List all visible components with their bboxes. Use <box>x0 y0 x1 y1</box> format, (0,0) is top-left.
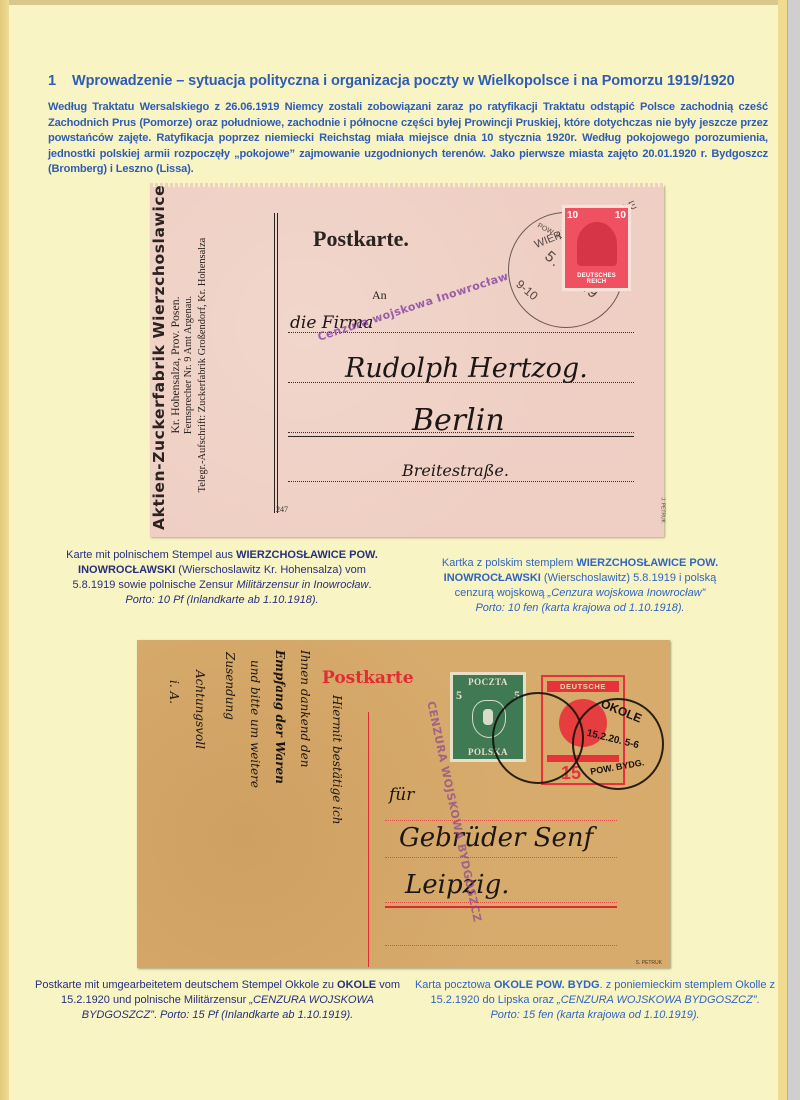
caption-1-german: Karte mit polnischem Stempel aus WIERZCH… <box>62 548 382 608</box>
page-left-edge <box>0 0 9 1100</box>
message-line: Ihnen dankend den <box>298 650 312 768</box>
stamp-value-left: 5 <box>456 688 462 703</box>
caption-porto: Porto: 15 fen (karta krajowa od 1.10.191… <box>490 1009 699 1021</box>
address-line <box>385 945 617 946</box>
postcard-okole: Postkarte i. A. Achtungsvoll Zusendung u… <box>137 640 670 968</box>
form-number: 247 <box>276 505 288 514</box>
section-heading: 1Wprowadzenie – sytuacja polityczna i or… <box>48 73 735 89</box>
postmark-date: 15.2.20. 5-6 <box>585 728 639 752</box>
address-recipient-name: Gebrüder Senf <box>399 823 593 853</box>
sender-company: Aktien-Zuckerfabrik Wierzchoslawice <box>150 200 168 530</box>
printer-imprint: S. PETRUK <box>636 960 662 966</box>
address-recipient-name: Rudolph Hertzog. <box>345 353 588 384</box>
sender-line-2: Fernsprecher Nr. 9 Amt Argenau. <box>182 200 196 530</box>
stamp-germania-10pf: 10 10 DEUTSCHES REICH <box>562 205 631 291</box>
caption-2-german: Postkarte mit umgearbeitetem deutschem S… <box>30 978 405 1023</box>
stamp-value-left: 10 <box>567 210 578 221</box>
section-number: 1 <box>48 73 72 89</box>
caption-porto: Porto: 15 Pf (Inlandkarte ab 1.10.1919). <box>160 1009 353 1021</box>
caption-highlight: OKOLE <box>337 979 376 991</box>
message-line: Empfang der Waren <box>273 650 287 784</box>
caption-porto: Porto: 10 fen (karta krajowa od 1.10.191… <box>475 602 684 614</box>
page-right-edge <box>778 0 788 1100</box>
stamp-value-right: 10 <box>615 210 626 221</box>
postcard-wierzchoslawice: Aktien-Zuckerfabrik Wierzchoslawice Kr. … <box>150 185 664 537</box>
postmark-okole-1 <box>492 692 584 784</box>
sender-imprint: Aktien-Zuckerfabrik Wierzchoslawice Kr. … <box>150 200 250 530</box>
postmark-okole-2: OKOLE 15.2.20. 5-6 POW. BYDG. <box>572 698 664 790</box>
address-city: Leipzig. <box>405 870 510 900</box>
address-line <box>385 820 617 821</box>
postmark-time: 9-10 <box>513 277 540 303</box>
sender-line-1: Kr. Hohensalza, Prov. Posen. <box>168 200 182 530</box>
sender-line-3: Telegr.-Aufschrift: Zuckerfabrik Großend… <box>196 200 210 530</box>
postcard-title: Postkarte. <box>313 226 409 252</box>
postmark-district: POW. BYDG. <box>590 757 645 776</box>
postcard-title: Postkarte <box>322 668 414 688</box>
message-line: i. A. <box>167 680 181 704</box>
perforated-edge <box>150 183 664 187</box>
address-underline <box>385 906 617 908</box>
message-line: Hiermit bestätige ich <box>330 695 344 824</box>
stamp-country: DEUTSCHES REICH <box>567 273 626 285</box>
postmark-town: OKOLE <box>599 697 644 726</box>
section-title: Wprowadzenie – sytuacja polityczna i org… <box>72 73 735 89</box>
message-line: Achtungsvoll <box>193 670 207 749</box>
address-street: Breitestraße. <box>402 461 509 480</box>
stamp-top-text: POCZTA <box>453 677 523 687</box>
intro-paragraph: Według Traktatu Wersalskiego z 26.06.191… <box>48 100 768 178</box>
divider-double-rule <box>274 213 278 513</box>
printer-imprint: J. PETRUK <box>660 497 666 523</box>
address-line <box>385 857 617 858</box>
message-line: und bitte um weitere <box>248 660 262 788</box>
caption-1-polish: Kartka z polskim stemplem WIERZCHOSŁAWIC… <box>430 556 730 616</box>
indicium-country: DEUTSCHE <box>547 681 619 692</box>
album-page: 1Wprowadzenie – sytuacja polityczna i or… <box>0 0 787 1100</box>
divider-red-rule <box>368 712 369 967</box>
address-line <box>288 481 634 482</box>
address-city: Berlin <box>412 403 505 438</box>
caption-porto: Porto: 10 Pf (Inlandkarte ab 1.10.1918). <box>125 594 318 606</box>
message-line: Zusendung <box>223 652 237 720</box>
germania-figure-icon <box>577 222 617 266</box>
address-line <box>385 902 617 903</box>
page-top-edge <box>0 0 787 5</box>
an-label: An <box>372 288 387 303</box>
caption-2-polish: Karta pocztowa OKOLE POW. BYDG. z poniem… <box>405 978 785 1023</box>
address-prefix: für <box>389 785 414 805</box>
caption-highlight: OKOLE POW. BYDG <box>494 979 600 991</box>
